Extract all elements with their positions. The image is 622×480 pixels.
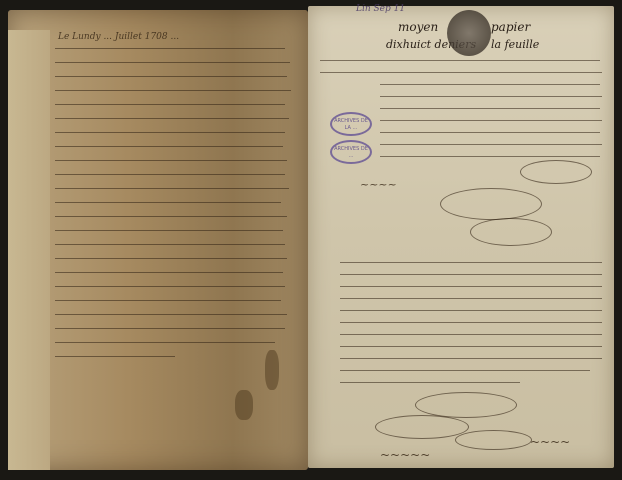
header-annotation: Lin Sep 11 bbox=[356, 4, 405, 14]
left-manuscript-page bbox=[8, 10, 308, 470]
ink-stain bbox=[265, 350, 279, 390]
printed-la-feuille: la feuille bbox=[491, 38, 539, 51]
archive-stamp: ARCHIVES DE ... bbox=[330, 140, 372, 164]
printed-papier: papier bbox=[491, 20, 530, 34]
archive-stamp: ARCHIVES DE LA ... bbox=[330, 112, 372, 136]
tax-stamp-seal-icon bbox=[447, 10, 491, 56]
left-first-line: Le Lundy ... Juillet 1708 ... bbox=[58, 32, 179, 42]
left-page-fold-strip bbox=[8, 30, 50, 470]
ink-stain bbox=[235, 390, 253, 420]
printed-moyen: moyen bbox=[398, 20, 438, 34]
